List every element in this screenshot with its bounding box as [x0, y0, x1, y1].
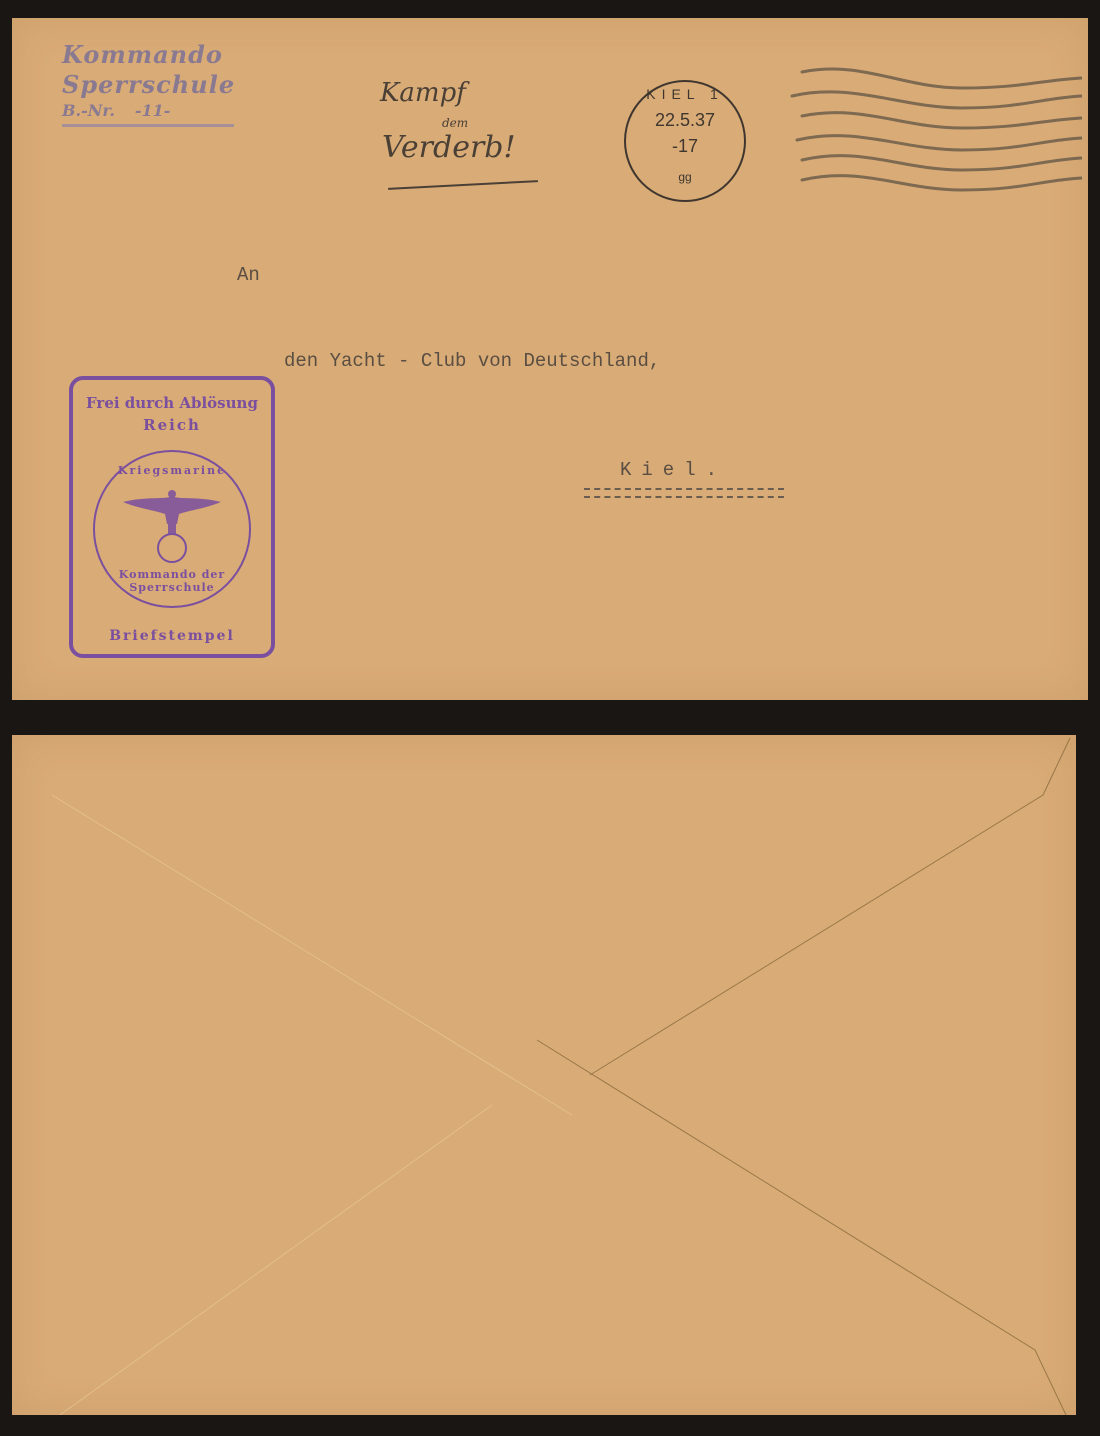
address-salutation: An	[237, 264, 260, 286]
envelope-back	[12, 735, 1076, 1415]
seal-top-text: Kriegsmarine	[95, 464, 249, 477]
slogan-line-2: dem	[442, 116, 468, 130]
stamp-line-2: Reich	[73, 416, 271, 434]
eagle-emblem-icon	[117, 486, 227, 566]
sender-line-2: Sperrschule	[62, 70, 242, 100]
sender-underline	[62, 124, 234, 127]
sender-ref-line: B.-Nr. -11-	[62, 100, 242, 122]
postmark-date: 22.5.37	[626, 110, 744, 131]
city-double-underline	[584, 488, 784, 498]
sender-cachet: Kommando Sperrschule B.-Nr. -11-	[62, 40, 242, 127]
postmark-time: -17	[626, 136, 744, 157]
ref-value: -11-	[135, 100, 171, 122]
wavy-cancel-lines-icon	[782, 58, 1082, 198]
slogan-line-3: Verderb!	[382, 130, 516, 165]
stamp-line-1: Frei durch Ablösung	[73, 394, 271, 412]
postmark-code: gg	[626, 170, 744, 184]
slogan-line-1: Kampf	[380, 78, 466, 108]
sender-line-1: Kommando	[62, 40, 242, 70]
slogan-cancel: Kampf dem Verderb!	[372, 68, 562, 188]
address-city: Kiel.	[620, 459, 727, 481]
postmark-city: KIEL 1	[626, 86, 744, 102]
envelope-flap-lines-icon	[12, 735, 1076, 1415]
stamp-footer: Briefstempel	[73, 628, 271, 644]
official-free-frank-stamp: Frei durch Ablösung Reich Kriegsmarine K…	[69, 376, 275, 658]
seal-circle: Kriegsmarine Kommando der Sperrschule	[93, 450, 251, 608]
slogan-underline	[388, 180, 538, 190]
seal-bottom-text: Kommando der Sperrschule	[95, 568, 249, 594]
address-recipient: den Yacht - Club von Deutschland,	[284, 350, 660, 372]
ref-label: B.-Nr.	[62, 100, 115, 122]
postmark: KIEL 1 22.5.37 -17 gg	[624, 80, 746, 202]
envelope-front: Kommando Sperrschule B.-Nr. -11- Kampf d…	[12, 18, 1088, 700]
